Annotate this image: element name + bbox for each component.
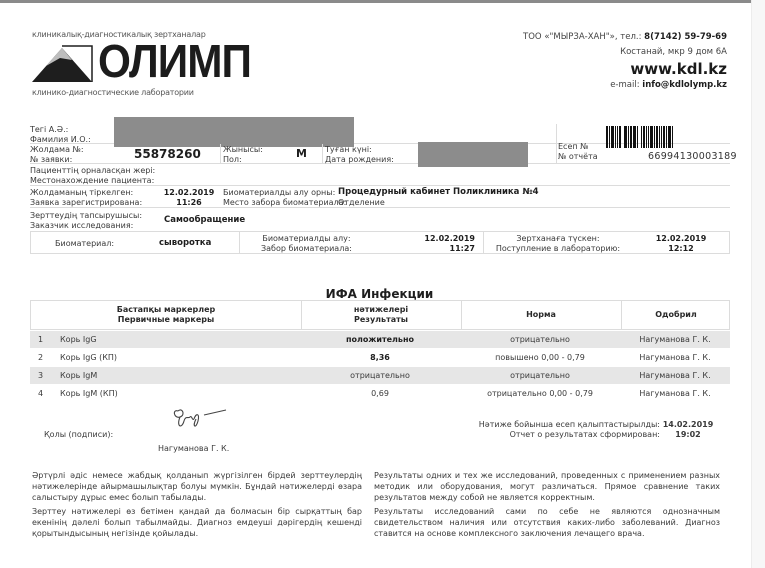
company-name: ТОО «"МЫРЗА-ХАН"», тел.: bbox=[523, 32, 641, 42]
report-formed-label: Нәтиже бойынша есеп қалыптастырылды:Отче… bbox=[420, 420, 660, 440]
row-number: 4 bbox=[38, 385, 43, 402]
norm-value: повышено 0,00 - 0,79 bbox=[460, 349, 620, 366]
signature-name: Нагуманова Г. К. bbox=[158, 444, 229, 453]
marker-name: Корь IgG bbox=[60, 331, 97, 348]
row-biomaterial: Биоматериал: сыворотка Биоматериалды алу… bbox=[30, 232, 730, 254]
disclaimer-ru: Результаты одних и тех же исследований, … bbox=[374, 470, 720, 542]
report-number: 66994130003189 bbox=[648, 151, 737, 162]
row-number: 2 bbox=[38, 349, 43, 366]
signature-label: Қолы (подписи): bbox=[44, 430, 113, 439]
lab-logo: клиникалық-диагностикалық зертханалар ОЛ… bbox=[32, 30, 282, 100]
row-registration: Жолдаманың тіркелген:Заявка зарегистриро… bbox=[30, 186, 730, 208]
approved-by: Нагуманова Г. К. bbox=[620, 385, 730, 402]
table-row: 1Корь IgGположительноотрицательноНагуман… bbox=[30, 331, 730, 348]
norm-value: отрицательно bbox=[460, 331, 620, 348]
approved-by: Нагуманова Г. К. bbox=[620, 367, 730, 384]
barcode bbox=[606, 126, 674, 148]
row-customer: Зерттеудің тапсырушысы:Заказчик исследов… bbox=[30, 208, 730, 232]
website-link[interactable]: www.kdl.kz bbox=[523, 60, 727, 78]
results-table-header: Бастапқы маркерлерПервичные маркеры нәти… bbox=[30, 300, 730, 330]
col-marker: Бастапқы маркерлерПервичные маркеры bbox=[31, 301, 301, 329]
norm-value: отрицательно 0,00 - 0,79 bbox=[460, 385, 620, 402]
signature-scribble-icon bbox=[170, 405, 240, 431]
dob-label: Туған күні:Дата рождения: bbox=[325, 145, 394, 164]
location-label: Пациенттің орналасқан жері:Местонахожден… bbox=[30, 166, 155, 185]
name-label: Тегі А.Ә.:Фамилия И.О.: bbox=[30, 125, 91, 144]
received-label: Зертханаға түскен:Поступление в лаборато… bbox=[493, 234, 623, 253]
order-label: Жолдама №:№ заявки: bbox=[30, 145, 84, 164]
lab-contacts: ТОО «"МЫРЗА-ХАН"», тел.: 8(7142) 59-79-6… bbox=[523, 30, 727, 93]
table-row: 2Корь IgG (КП)8,36повышено 0,00 - 0,79На… bbox=[30, 349, 730, 366]
approved-by: Нагуманова Г. К. bbox=[620, 331, 730, 348]
table-row: 3Корь IgMотрицательноотрицательноНагуман… bbox=[30, 367, 730, 384]
registered-label: Жолдаманың тіркелген:Заявка зарегистриро… bbox=[30, 188, 142, 207]
logo-tagline-ru: клинико-диагностические лаборатории bbox=[32, 88, 194, 97]
table-row: 4Корь IgM (КП)0,69отрицательно 0,00 - 0,… bbox=[30, 385, 730, 402]
row-location: Пациенттің орналасқан жері:Местонахожден… bbox=[30, 164, 730, 186]
sex-label: Жынысы:Пол: bbox=[223, 145, 263, 164]
marker-name: Корь IgG (КП) bbox=[60, 349, 117, 366]
registered-datetime: 12.02.201911:26 bbox=[160, 188, 218, 207]
col-result: нәтижелеріРезультаты bbox=[301, 301, 461, 329]
window-top-border bbox=[0, 0, 765, 3]
collected-datetime: 12.02.201911:27 bbox=[415, 234, 475, 253]
marker-name: Корь IgM bbox=[60, 367, 97, 384]
customer-label: Зерттеудің тапсырушысы:Заказчик исследов… bbox=[30, 211, 142, 230]
section-title: ИФА Инфекции bbox=[0, 287, 765, 301]
mountain-logo-icon bbox=[32, 44, 94, 84]
customer-value: Самообращение bbox=[164, 215, 245, 225]
address: Костанай, мкр 9 дом 6А bbox=[523, 45, 727, 60]
order-number: 55878260 bbox=[134, 147, 201, 161]
received-datetime: 12.02.201912:12 bbox=[651, 234, 711, 253]
page-right-margin bbox=[751, 0, 765, 568]
result-value: положительно bbox=[300, 331, 460, 348]
report-formed-datetime: 14.02.201919:02 bbox=[660, 420, 716, 440]
collection-place: Процедурный кабинет Поликлиника №4Отделе… bbox=[338, 188, 539, 207]
row-number: 1 bbox=[38, 331, 43, 348]
email-label: e-mail: bbox=[610, 80, 639, 90]
report-no-label: Есеп №№ отчёта bbox=[558, 142, 598, 161]
approved-by: Нагуманова Г. К. bbox=[620, 349, 730, 366]
sex-value: М bbox=[296, 147, 307, 160]
biomaterial-value: сыворотка bbox=[159, 238, 211, 248]
biomaterial-label: Биоматериал: bbox=[55, 239, 114, 248]
col-norm: Норма bbox=[461, 301, 621, 329]
col-approved: Одобрил bbox=[621, 301, 731, 329]
phone: 8(7142) 59-79-69 bbox=[644, 32, 727, 42]
result-value: 0,69 bbox=[300, 385, 460, 402]
result-value: 8,36 bbox=[300, 349, 460, 366]
row-number: 3 bbox=[38, 367, 43, 384]
result-value: отрицательно bbox=[300, 367, 460, 384]
norm-value: отрицательно bbox=[460, 367, 620, 384]
logo-brand: ОЛИМП bbox=[98, 36, 251, 86]
disclaimer-kz: Әртүрлі әдіс немесе жабдық қолданып жүрг… bbox=[32, 470, 362, 542]
collected-label: Биоматериалды алу:Забор биоматериала: bbox=[261, 234, 352, 253]
email-link[interactable]: info@kdlolymp.kz bbox=[642, 80, 727, 90]
collection-place-label: Биоматериалды алу орны:Место забора биом… bbox=[223, 188, 346, 207]
marker-name: Корь IgM (КП) bbox=[60, 385, 118, 402]
redacted-patient-name bbox=[114, 117, 354, 147]
